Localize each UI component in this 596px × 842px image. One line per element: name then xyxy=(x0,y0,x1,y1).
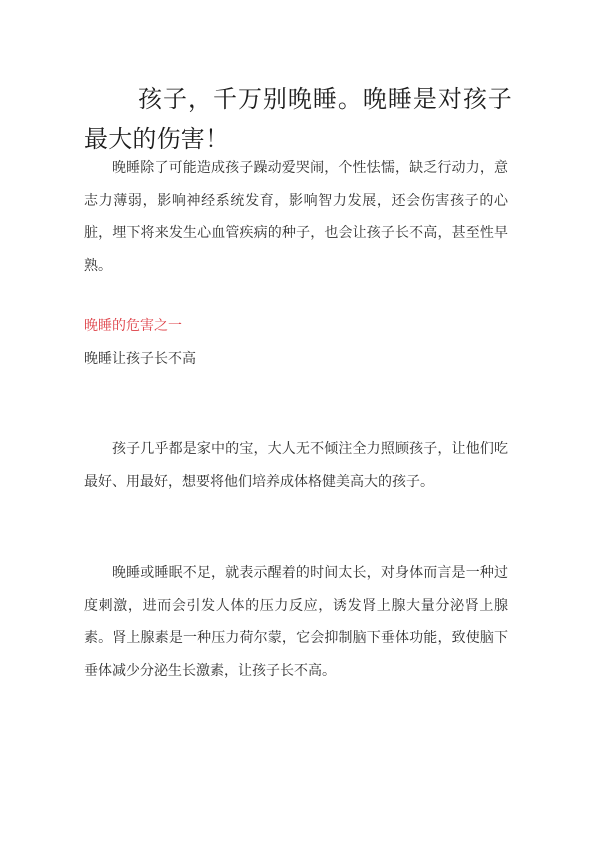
body-paragraph: 晚睡或睡眠不足，就表示醒着的时间太长，对身体而言是一种过度刺激，进而会引发人体的… xyxy=(84,558,508,688)
section-heading-group: 晚睡的危害之一 晚睡让孩子长不高 xyxy=(84,311,508,376)
document-title: 孩子，千万别晚睡。晚睡是对孩子最大的伤害！ xyxy=(84,80,512,160)
body-paragraph: 孩子几乎都是家中的宝，大人无不倾注全力照顾孩子，让他们吃最好、用最好，想要将他们… xyxy=(84,434,508,499)
document-page: 孩子，千万别晚睡。晚睡是对孩子最大的伤害！ 晚睡除了可能造成孩子躁动爱哭闹，个性… xyxy=(0,0,596,842)
section-subheading: 晚睡让孩子长不高 xyxy=(84,344,508,377)
section-heading: 晚睡的危害之一 xyxy=(84,311,508,344)
intro-paragraph: 晚睡除了可能造成孩子躁动爱哭闹，个性怯懦，缺乏行动力，意志力薄弱，影响神经系统发… xyxy=(84,153,508,283)
